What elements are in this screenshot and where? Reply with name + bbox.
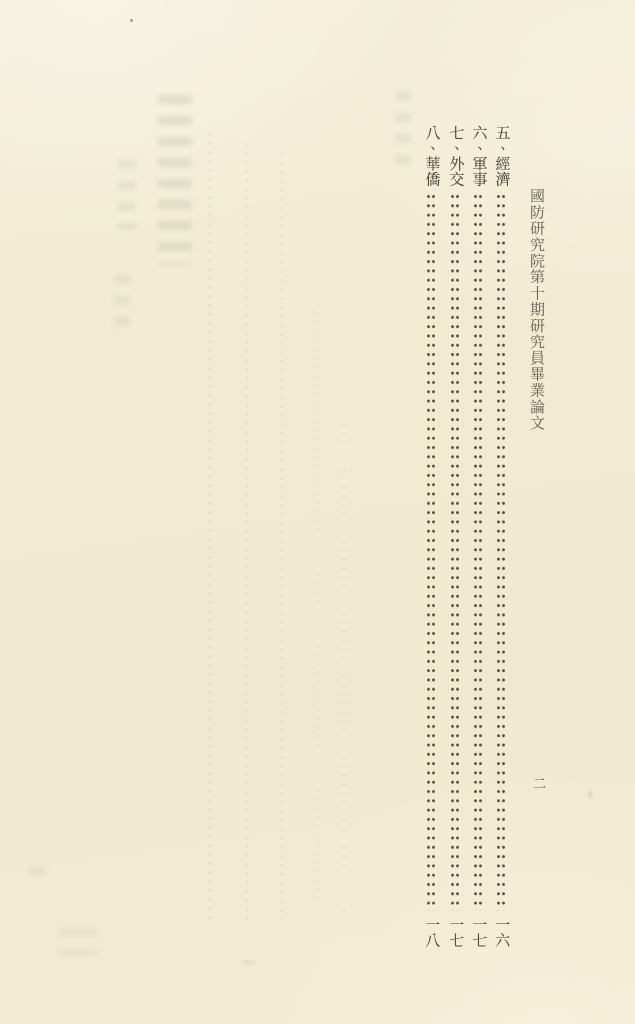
page-number-folio: 二 (531, 773, 548, 792)
bleed-through-text-smudge (114, 275, 130, 330)
bleed-through-dotted-line (341, 420, 347, 915)
bleed-through-dotted-line (244, 140, 250, 920)
bleed-through-text-smudge (395, 92, 411, 167)
bleed-through-dotted-line (315, 300, 321, 920)
bleed-through-text-smudge (58, 928, 98, 956)
paper-speck (588, 790, 592, 799)
bleed-through-dotted-line (207, 130, 213, 920)
paper-speck (242, 960, 256, 965)
paper-speck (130, 19, 133, 22)
toc-entry-page-number: 一七 (470, 917, 487, 948)
toc-entry-label: 五、經濟 (494, 125, 509, 187)
toc-entry-label: 六、軍事 (471, 125, 486, 187)
toc-entry-page-number: 一六 (493, 917, 510, 948)
toc-entry-page-number: 一七 (447, 917, 464, 948)
dotted-leader (496, 192, 506, 911)
toc-entry: 七、外交 一七 (444, 125, 466, 948)
scanned-page: 國防研究院第十期研究員畢業論文 二 五、經濟 一六 六、軍事 一七 七、外交 一… (0, 0, 635, 1024)
toc-entry-page-number: 一八 (423, 917, 440, 948)
dotted-leader (450, 192, 460, 911)
bleed-through-text-smudge (158, 95, 192, 265)
toc-entry-label: 八、華僑 (424, 125, 439, 187)
dotted-leader (473, 192, 483, 911)
toc-entry: 五、經濟 一六 (490, 125, 512, 948)
book-side-title: 國防研究院第十期研究員畢業論文 (528, 188, 543, 431)
dotted-leader (426, 192, 436, 911)
toc-entry-label: 七、外交 (448, 125, 463, 187)
bleed-through-text-smudge (28, 866, 46, 886)
toc-entry: 八、華僑 一八 (420, 125, 442, 948)
toc-entry: 六、軍事 一七 (467, 125, 489, 948)
bleed-through-text-smudge (118, 160, 136, 230)
bleed-through-dotted-line (279, 150, 285, 920)
